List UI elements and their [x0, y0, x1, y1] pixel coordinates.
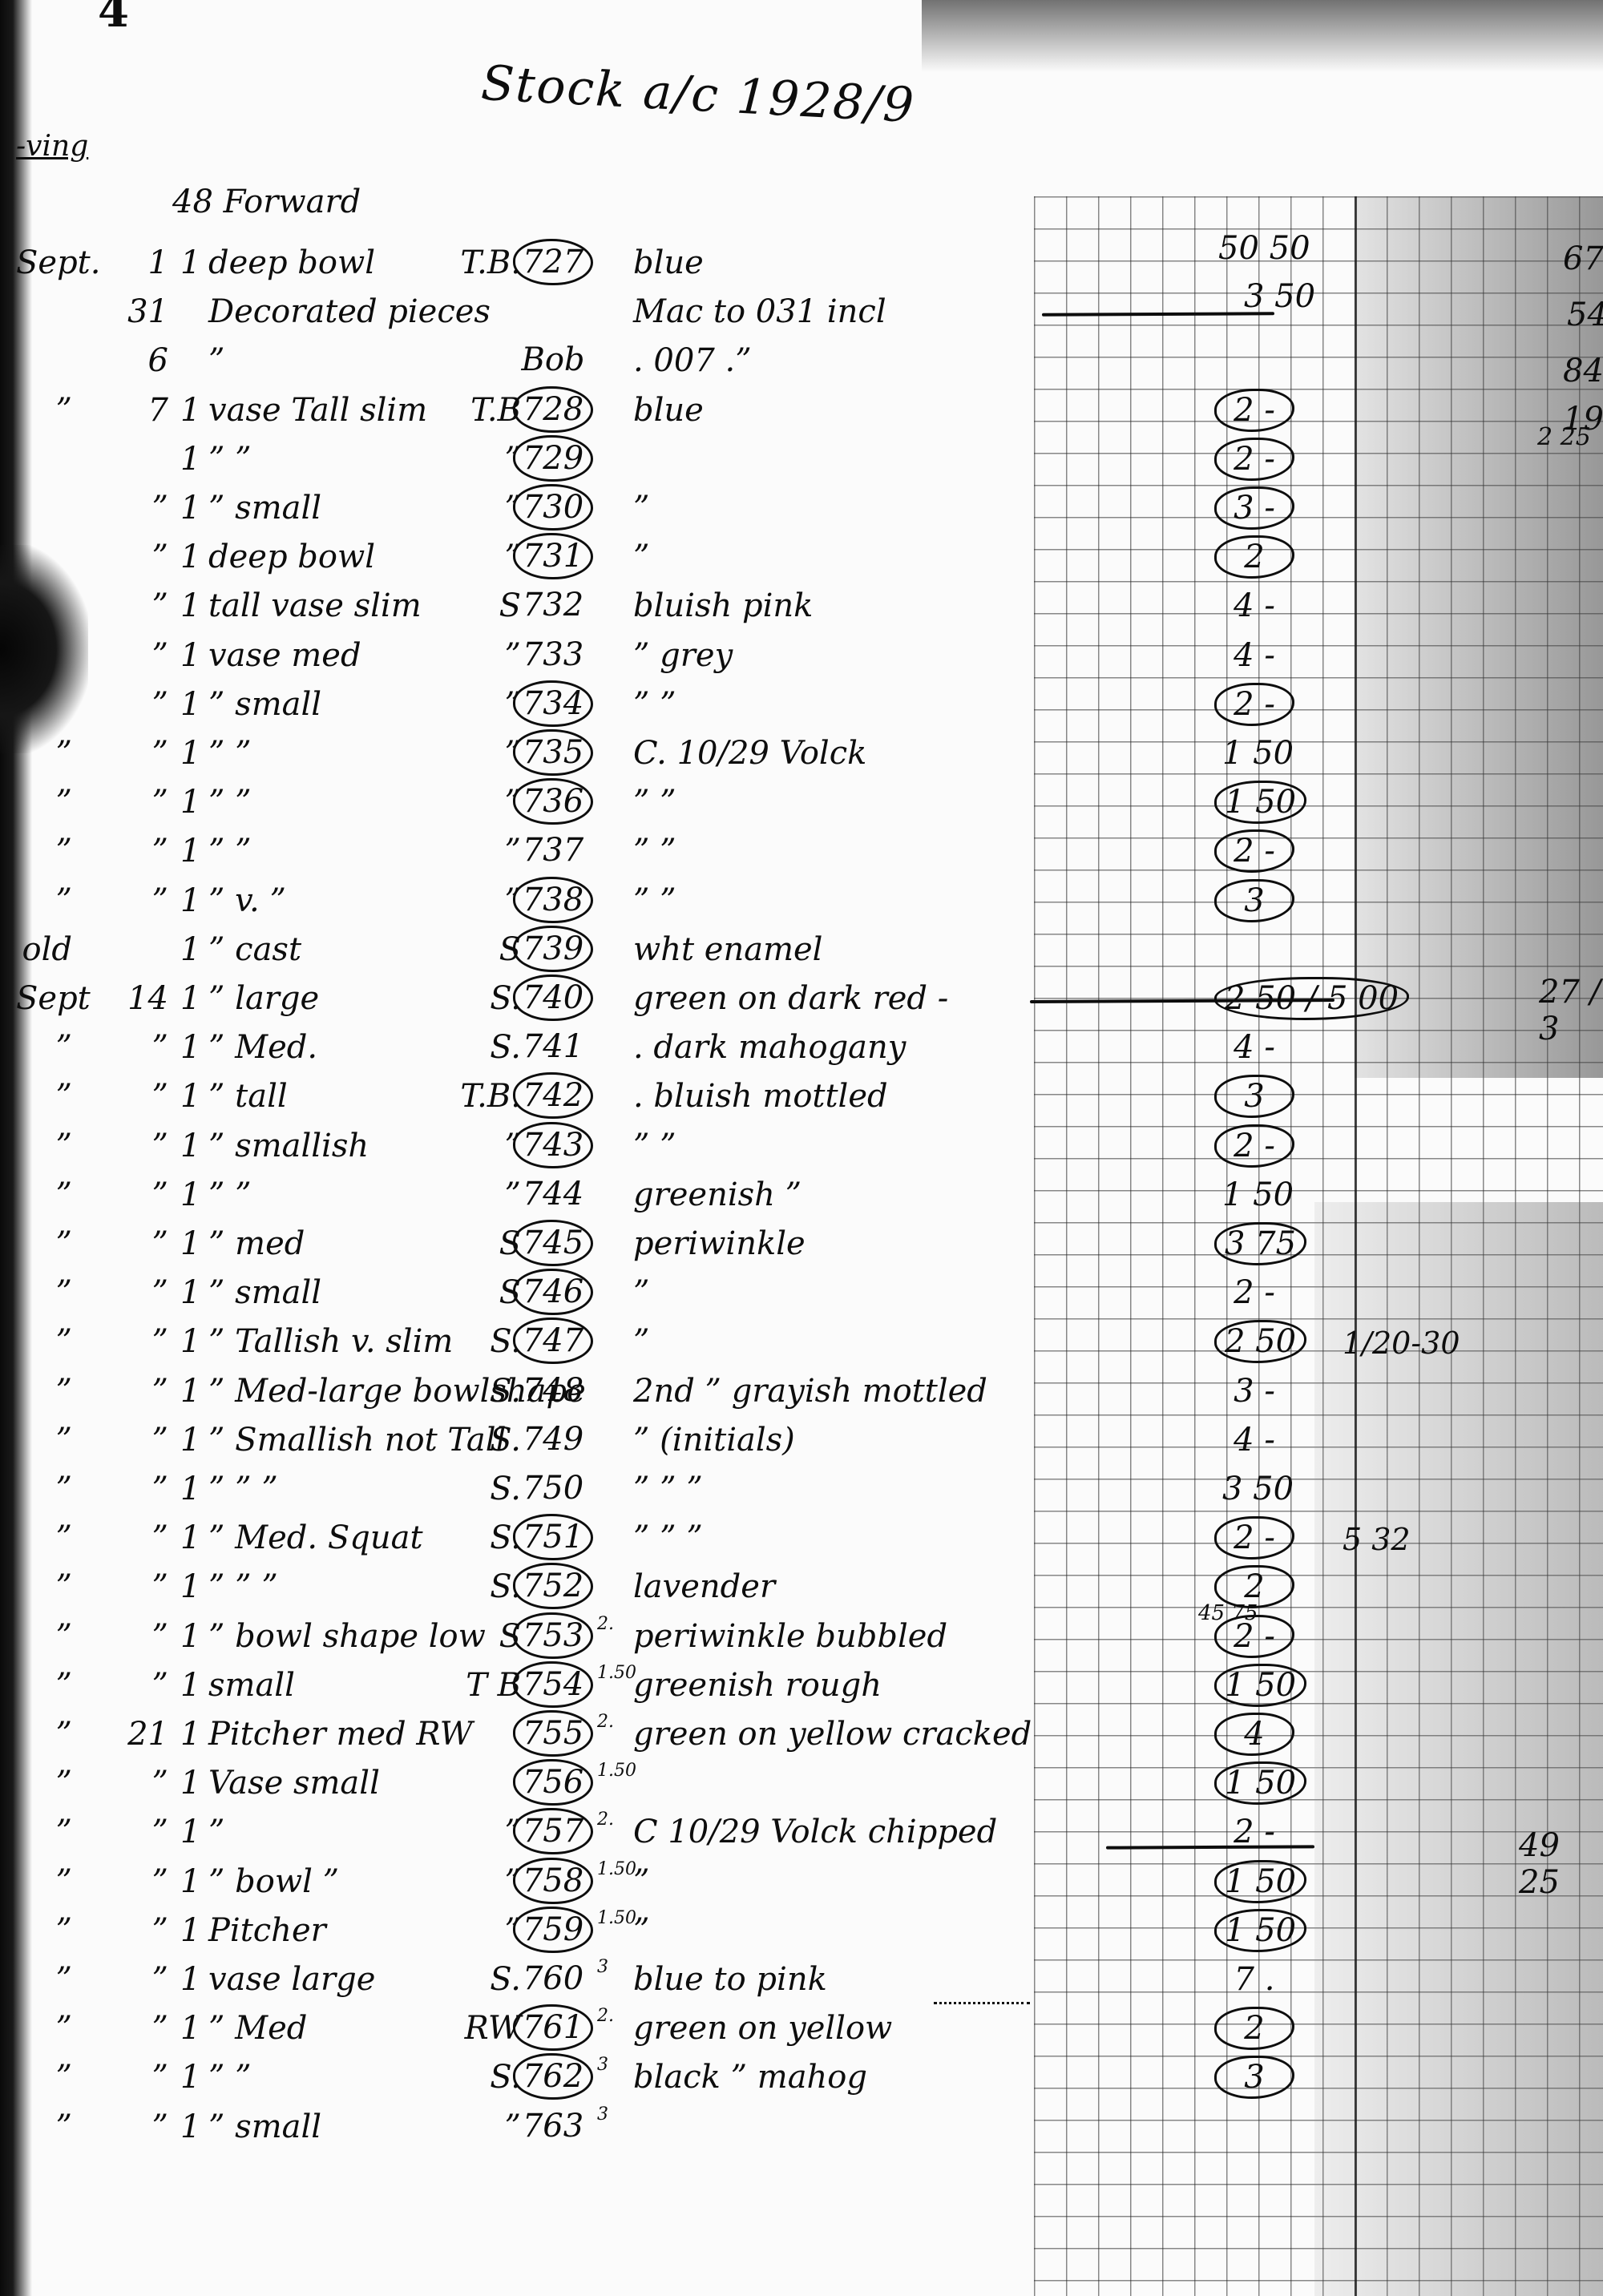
- entry-maker: S.: [457, 1424, 521, 1456]
- entry-description: ” small: [208, 492, 321, 524]
- entry-cost: 2.: [597, 1713, 614, 1731]
- entry-qty: 1: [180, 983, 200, 1015]
- entry-number: 750: [513, 1465, 593, 1511]
- entry-number: 739: [513, 926, 593, 972]
- entry-note: 2nd ” grayish mottled: [633, 1375, 987, 1407]
- entry-number: 763: [513, 2103, 593, 2149]
- price-annotation: 45 75: [1198, 1603, 1258, 1624]
- ledger-row: ””1” ”S.7623black ” mahog: [0, 2055, 1042, 2103]
- ledger-row: ””1” smallS746”: [0, 1270, 1042, 1318]
- entry-description: ” ”: [208, 443, 252, 475]
- entry-date: ”: [112, 835, 168, 867]
- entry-maker: S: [457, 934, 521, 966]
- entry-month: ”: [16, 1326, 72, 1358]
- entry-number: 737: [513, 827, 593, 874]
- entry-qty: 1: [180, 2111, 200, 2143]
- entry-month: ”: [16, 2111, 72, 2143]
- entry-description: ” cast: [208, 934, 301, 966]
- entry-price: 7 .: [1214, 1958, 1294, 2001]
- ledger-page: 4 Stock a/c 1928/9 -ving 48 Forward 50 5…: [0, 0, 1603, 2296]
- ledger-row: ””1” Tallish v. slimS.747”: [0, 1319, 1042, 1367]
- entry-number: 760: [513, 1955, 593, 2002]
- ledger-row: ””1” Med.S.741. dark mahogany: [0, 1025, 1042, 1073]
- entry-maker: S.: [457, 1522, 521, 1554]
- forward-line: 48 Forward: [172, 186, 361, 218]
- ledger-row: Sept.11deep bowlT.B.727blue: [0, 240, 1042, 289]
- entry-month: ”: [16, 1424, 72, 1456]
- ledger-row: 31Decorated piecesMac to 031 incl: [0, 289, 1042, 337]
- entry-date: ”: [112, 1767, 168, 1799]
- ledger-row: ””1” Med-large bowlshapeS.7482nd ” grayi…: [0, 1369, 1042, 1417]
- entry-number: 731: [513, 533, 593, 579]
- entry-maker: S: [457, 1620, 521, 1652]
- entry-price: 1 50: [1214, 1860, 1306, 1903]
- entry-qty: 1: [180, 2012, 200, 2044]
- entry-description: ” small: [208, 2111, 321, 2143]
- entry-date: ”: [112, 1277, 168, 1309]
- entry-note: ” ”: [633, 1130, 676, 1162]
- entry-maker: S: [457, 1277, 521, 1309]
- ledger-row: ”1deep bowl”731”: [0, 535, 1042, 583]
- entry-date: 1: [112, 247, 168, 279]
- entry-month: ”: [16, 1620, 72, 1652]
- entry-price: 1 50: [1214, 1664, 1306, 1707]
- entry-description: Vase small: [208, 1767, 380, 1799]
- entry-number: 743: [513, 1122, 593, 1168]
- entry-price: 3 -: [1214, 1370, 1294, 1413]
- ledger-row: ””1””7572.C 10/29 Volck chipped: [0, 1810, 1042, 1858]
- entry-description: small: [208, 1669, 295, 1701]
- entry-price: 4 -: [1214, 584, 1294, 627]
- entry-maker: S.: [457, 1571, 521, 1603]
- entry-date: ”: [112, 2111, 168, 2143]
- entry-month: ”: [16, 1866, 72, 1898]
- entry-month: ”: [16, 737, 72, 769]
- entry-qty: 1: [180, 1031, 200, 1063]
- entry-month: old: [16, 934, 72, 966]
- entry-description: ” v. ”: [208, 885, 286, 917]
- ledger-row: Sept141” largeS.740green on dark red -: [0, 976, 1042, 1024]
- entry-price: 2 -: [1214, 1271, 1294, 1314]
- entry-description: ” Med.: [208, 1031, 317, 1063]
- entry-qty: 1: [180, 737, 200, 769]
- entry-description: ”: [208, 1816, 224, 1848]
- entry-number: 734: [513, 680, 593, 727]
- entry-note: ”: [633, 1326, 649, 1358]
- entry-qty: 1: [180, 1915, 200, 1947]
- entry-description: ” ” ”: [208, 1571, 278, 1603]
- entry-price: 1 50: [1214, 732, 1302, 775]
- ledger-row: 1” ””729: [0, 437, 1042, 485]
- entry-date: ”: [112, 1179, 168, 1211]
- entry-description: ” small: [208, 688, 321, 720]
- entry-qty: 1: [180, 1767, 200, 1799]
- ledger-row: ””1” ” ”S.752lavender: [0, 1564, 1042, 1612]
- entry-date: ”: [112, 1228, 168, 1260]
- ledger-row: ””1” small”7633: [0, 2104, 1042, 2153]
- entry-description: tall vase slim: [208, 590, 422, 622]
- entry-number: 732: [513, 582, 593, 628]
- entry-number: 740: [513, 974, 593, 1021]
- entry-number: 753: [513, 1612, 593, 1659]
- margin-heading: -ving: [16, 132, 88, 161]
- entry-number: 745: [513, 1220, 593, 1266]
- entry-price: 3 75: [1214, 1222, 1306, 1265]
- entry-qty: 1: [180, 1375, 200, 1407]
- entry-month: ”: [16, 1963, 72, 1995]
- ledger-row: ””1” v. ””738” ”: [0, 878, 1042, 926]
- entry-qty: 1: [180, 688, 200, 720]
- entry-number: 741: [513, 1023, 593, 1070]
- ledger-row: ””1” MedRW7612.green on yellow: [0, 2006, 1042, 2054]
- entry-maker: ”: [457, 737, 521, 769]
- entry-month: ”: [16, 1031, 72, 1063]
- entry-note: blue: [633, 394, 704, 426]
- entry-date: ”: [112, 885, 168, 917]
- entry-note: greenish ”: [633, 1179, 801, 1211]
- entry-qty: 1: [180, 443, 200, 475]
- page-title: Stock a/c 1928/9: [480, 59, 917, 130]
- entry-number: 749: [513, 1416, 593, 1463]
- ledger-row: ””1” ””744greenish ”: [0, 1172, 1042, 1221]
- entry-maker: ”: [457, 1866, 521, 1898]
- entry-month: ”: [16, 1915, 72, 1947]
- entry-price: 4 -: [1214, 634, 1294, 677]
- ledger-row: ””1” smallish”743” ”: [0, 1124, 1042, 1172]
- entry-maker: S.: [457, 1963, 521, 1995]
- entry-description: ” Tallish v. slim: [208, 1326, 453, 1358]
- entry-price: 3 50: [1214, 1467, 1302, 1511]
- entry-note: blue to pink: [633, 1963, 827, 1995]
- entry-qty: 1: [180, 1473, 200, 1505]
- entry-note: . dark mahogany: [633, 1031, 906, 1063]
- entry-number: [513, 288, 593, 334]
- entry-month: ”: [16, 394, 72, 426]
- ledger-row: ””1” tallT.B.742. bluish mottled: [0, 1074, 1042, 1122]
- entry-qty: 1: [180, 1522, 200, 1554]
- ledger-row: ””1” medS745periwinkle: [0, 1221, 1042, 1269]
- entry-number: 727: [513, 239, 593, 285]
- entry-note: greenish rough: [633, 1669, 882, 1701]
- entry-number: 744: [513, 1171, 593, 1217]
- entry-maker: S.: [457, 1031, 521, 1063]
- entry-number: 762: [513, 2053, 593, 2100]
- page-number: 4: [98, 0, 129, 34]
- entry-maker: ”: [457, 688, 521, 720]
- entry-number: 730: [513, 484, 593, 531]
- entry-qty: 1: [180, 934, 200, 966]
- entry-date: ”: [112, 1424, 168, 1456]
- entry-qty: 1: [180, 394, 200, 426]
- right-figure-2: 54: [1567, 297, 1603, 333]
- entry-price: 1 50: [1214, 1909, 1306, 1952]
- entry-qty: 1: [180, 1866, 200, 1898]
- ledger-row: ””1” bowl shape lowS7532.periwinkle bubb…: [0, 1614, 1042, 1662]
- entry-number: 747: [513, 1317, 593, 1364]
- entry-month: ”: [16, 835, 72, 867]
- entry-date: ”: [112, 1375, 168, 1407]
- entry-qty: 1: [180, 1179, 200, 1211]
- entry-number: 728: [513, 386, 593, 433]
- grid-shading: [1355, 196, 1603, 1078]
- ledger-row: ””1” Smallish not TallS.749” (initials): [0, 1418, 1042, 1466]
- ledger-row: 6”Bob. 007 .”: [0, 338, 1042, 386]
- entry-note: C 10/29 Volck chipped: [633, 1816, 997, 1848]
- entry-description: ” large: [208, 983, 319, 1015]
- entry-date: ”: [112, 2061, 168, 2093]
- subtotal-2: 49 25: [1519, 1827, 1603, 1901]
- entry-date: 7: [112, 394, 168, 426]
- entry-maker: T.B: [457, 394, 521, 426]
- ledger-row: ”211Pitcher med RW7552.green on yellow c…: [0, 1712, 1042, 1760]
- ledger-row: ”1vase med”733” grey: [0, 633, 1042, 681]
- entry-note: ”: [633, 541, 649, 573]
- entry-maker: ”: [457, 443, 521, 475]
- entry-date: ”: [112, 786, 168, 818]
- ledger-row: ””1” bowl ””7581.50”: [0, 1859, 1042, 1907]
- entry-description: vase Tall slim: [208, 394, 427, 426]
- entry-description: ” Med: [208, 2012, 307, 2044]
- entry-description: ” bowl ”: [208, 1866, 339, 1898]
- entry-number: Bob: [513, 337, 593, 383]
- entry-qty: 1: [180, 640, 200, 672]
- entry-date: ”: [112, 640, 168, 672]
- entry-note: ” grey: [633, 640, 733, 672]
- entry-price: 2 50: [1214, 1320, 1306, 1363]
- entry-number: 758: [513, 1858, 593, 1904]
- entry-maker: ”: [457, 2111, 521, 2143]
- entry-note: green on yellow cracked: [633, 1718, 1032, 1750]
- ledger-row: ”1” small”734” ”: [0, 682, 1042, 730]
- entry-cost: 2.: [597, 1616, 614, 1633]
- grid-shading-lower: [1314, 1202, 1603, 2296]
- entry-number: 735: [513, 729, 593, 776]
- price-annotation: 5 32: [1343, 1522, 1411, 1557]
- entry-date: 14: [112, 983, 168, 1015]
- ledger-row: ””1” ””736” ”: [0, 780, 1042, 828]
- entry-description: ” ”: [208, 1179, 252, 1211]
- entry-note: Mac to 031 incl: [633, 296, 886, 328]
- entry-note: periwinkle: [633, 1228, 806, 1260]
- entry-number: 738: [513, 877, 593, 923]
- entry-note: ” ”: [633, 885, 676, 917]
- entry-qty: 1: [180, 1277, 200, 1309]
- entry-qty: 1: [180, 541, 200, 573]
- entry-maker: ”: [457, 1915, 521, 1947]
- entry-date: ”: [112, 1963, 168, 1995]
- ledger-row: ””1smallT B7541.50greenish rough: [0, 1663, 1042, 1711]
- entry-month: ”: [16, 2061, 72, 2093]
- entry-month: ”: [16, 1277, 72, 1309]
- subtotal-1: 27 / 3: [1539, 974, 1603, 1047]
- entry-description: ” ”: [208, 737, 252, 769]
- entry-number: 754: [513, 1661, 593, 1708]
- entry-qty: 1: [180, 786, 200, 818]
- entry-month: ”: [16, 1669, 72, 1701]
- opening-price-2: 3 50: [1244, 280, 1315, 313]
- entry-maker: ”: [457, 885, 521, 917]
- entry-note: lavender: [633, 1571, 775, 1603]
- entry-description: deep bowl: [208, 247, 375, 279]
- entry-description: ” Med. Squat: [208, 1522, 423, 1554]
- entry-qty: 1: [180, 1228, 200, 1260]
- entry-cost: 2.: [597, 1811, 614, 1829]
- entry-qty: 1: [180, 492, 200, 524]
- entry-maker: ”: [457, 640, 521, 672]
- right-figure-3: 84: [1563, 353, 1603, 389]
- entry-description: ” ”: [208, 835, 252, 867]
- entry-date: ”: [112, 1620, 168, 1652]
- entry-note: ”: [633, 1866, 649, 1898]
- entry-description: ” tall: [208, 1080, 288, 1112]
- entry-month: ”: [16, 2012, 72, 2044]
- entry-qty: 1: [180, 1571, 200, 1603]
- scan-top-shadow: [922, 0, 1603, 72]
- right-figure-1: 67: [1563, 240, 1603, 277]
- entry-month: ”: [16, 1767, 72, 1799]
- entry-number: 742: [513, 1072, 593, 1119]
- entry-number: 736: [513, 778, 593, 825]
- entry-note: wht enamel: [633, 934, 822, 966]
- entry-date: ”: [112, 1816, 168, 1848]
- entry-qty: 1: [180, 1669, 200, 1701]
- entry-description: vase large: [208, 1963, 375, 1995]
- entry-date: 21: [112, 1718, 168, 1750]
- entry-date: ”: [112, 492, 168, 524]
- entry-month: ”: [16, 1522, 72, 1554]
- chipped-underline: [934, 1995, 1030, 2004]
- entry-qty: 1: [180, 1718, 200, 1750]
- entry-maker: S.: [457, 2061, 521, 2093]
- entry-qty: 1: [180, 2061, 200, 2093]
- ledger-row: ””1Vase small7561.50: [0, 1761, 1042, 1809]
- entry-qty: 1: [180, 1326, 200, 1358]
- entry-date: ”: [112, 541, 168, 573]
- entry-note: . 007 .”: [633, 345, 752, 377]
- entry-date: ”: [112, 1080, 168, 1112]
- entry-price: 4 -: [1214, 1418, 1294, 1462]
- entry-qty: 1: [180, 1963, 200, 1995]
- entry-maker: ”: [457, 492, 521, 524]
- entry-description: ” smallish: [208, 1130, 369, 1162]
- entry-maker: ”: [457, 835, 521, 867]
- entry-note: C. 10/29 Volck: [633, 737, 866, 769]
- entry-number: 752: [513, 1563, 593, 1609]
- entry-note: ”: [633, 1277, 649, 1309]
- ledger-row: ”1tall vase slimS732bluish pink: [0, 583, 1042, 632]
- entry-qty: 1: [180, 590, 200, 622]
- price-annotation: 1/20-30: [1343, 1326, 1460, 1361]
- entry-maker: T.B.: [457, 247, 521, 279]
- ledger-row: ””1” Med. SquatS.751” ” ”: [0, 1515, 1042, 1564]
- entry-maker: ”: [457, 786, 521, 818]
- entry-price: 1 50: [1214, 1173, 1302, 1217]
- entry-description: ” ” ”: [208, 1473, 278, 1505]
- entry-note: ”: [633, 1915, 649, 1947]
- entry-date: 6: [112, 345, 168, 377]
- entry-description: ” ”: [208, 2061, 252, 2093]
- entry-month: ”: [16, 1130, 72, 1162]
- entry-qty: 1: [180, 247, 200, 279]
- entry-date: ”: [112, 1031, 168, 1063]
- entry-maker: S.: [457, 1326, 521, 1358]
- entry-date: ”: [112, 1571, 168, 1603]
- entry-maker: T.B.: [457, 1080, 521, 1112]
- entry-description: ” small: [208, 1277, 321, 1309]
- entry-maker: S: [457, 590, 521, 622]
- entry-note: bluish pink: [633, 590, 813, 622]
- entry-note: green on yellow: [633, 2012, 892, 2044]
- entry-qty: 1: [180, 1816, 200, 1848]
- entry-maker: RW: [457, 2012, 521, 2044]
- entry-description: Pitcher: [208, 1915, 326, 1947]
- entry-date: ”: [112, 2012, 168, 2044]
- entry-date: ”: [112, 1669, 168, 1701]
- entry-note: green on dark red -: [633, 983, 948, 1015]
- entry-maker: ”: [457, 541, 521, 573]
- entry-month: ”: [16, 1571, 72, 1603]
- entry-maker: ”: [457, 1816, 521, 1848]
- entry-note: ” (initials): [633, 1424, 795, 1456]
- entry-description: vase med: [208, 640, 361, 672]
- ledger-row: ”1” small”730”: [0, 486, 1042, 534]
- entry-description: ” med: [208, 1228, 305, 1260]
- entry-maker: S.: [457, 1375, 521, 1407]
- entry-note: ” ” ”: [633, 1473, 703, 1505]
- entry-cost: 1.50: [597, 1664, 636, 1682]
- entry-number: 751: [513, 1514, 593, 1560]
- entry-qty: 1: [180, 835, 200, 867]
- entry-month: ”: [16, 885, 72, 917]
- entry-date: ”: [112, 1130, 168, 1162]
- entry-number: 748: [513, 1367, 593, 1414]
- ledger-row: ””1” ””737” ”: [0, 829, 1042, 877]
- entry-date: 31: [112, 296, 168, 328]
- entry-cost: 3: [597, 1959, 608, 1976]
- entry-cost: 1.50: [597, 1910, 636, 1927]
- ledger-row: ”71vase Tall slimT.B728blue: [0, 388, 1042, 436]
- entry-maker: ”: [457, 1130, 521, 1162]
- entry-date: ”: [112, 1326, 168, 1358]
- entry-cost: 1.50: [597, 1861, 636, 1878]
- entry-maker: S: [457, 1228, 521, 1260]
- entry-note: ” ”: [633, 835, 676, 867]
- entry-month: ”: [16, 1375, 72, 1407]
- entry-date: ”: [112, 688, 168, 720]
- ledger-row: old1” castS739wht enamel: [0, 927, 1042, 975]
- entry-number: 757: [513, 1808, 593, 1854]
- entry-maker: ”: [457, 1179, 521, 1211]
- entry-qty: 1: [180, 1130, 200, 1162]
- entry-cost: 1.50: [597, 1762, 636, 1780]
- entry-date: ”: [112, 737, 168, 769]
- entry-note: periwinkle bubbled: [633, 1620, 947, 1652]
- entry-maker: S.: [457, 983, 521, 1015]
- entry-date: ”: [112, 1522, 168, 1554]
- entry-date: ”: [112, 1473, 168, 1505]
- entry-description: Decorated pieces: [208, 296, 491, 328]
- entry-note: black ” mahog: [633, 2061, 867, 2093]
- entry-qty: 1: [180, 1424, 200, 1456]
- entry-cost: 3: [597, 2106, 608, 2124]
- ledger-row: ””1” ” ”S.750” ” ”: [0, 1467, 1042, 1515]
- entry-month: Sept.: [16, 247, 72, 279]
- entry-description: Pitcher med RW: [208, 1718, 473, 1750]
- entry-month: ”: [16, 1718, 72, 1750]
- entry-month: ”: [16, 1080, 72, 1112]
- entry-month: ”: [16, 786, 72, 818]
- entry-price: 4 -: [1214, 1026, 1294, 1069]
